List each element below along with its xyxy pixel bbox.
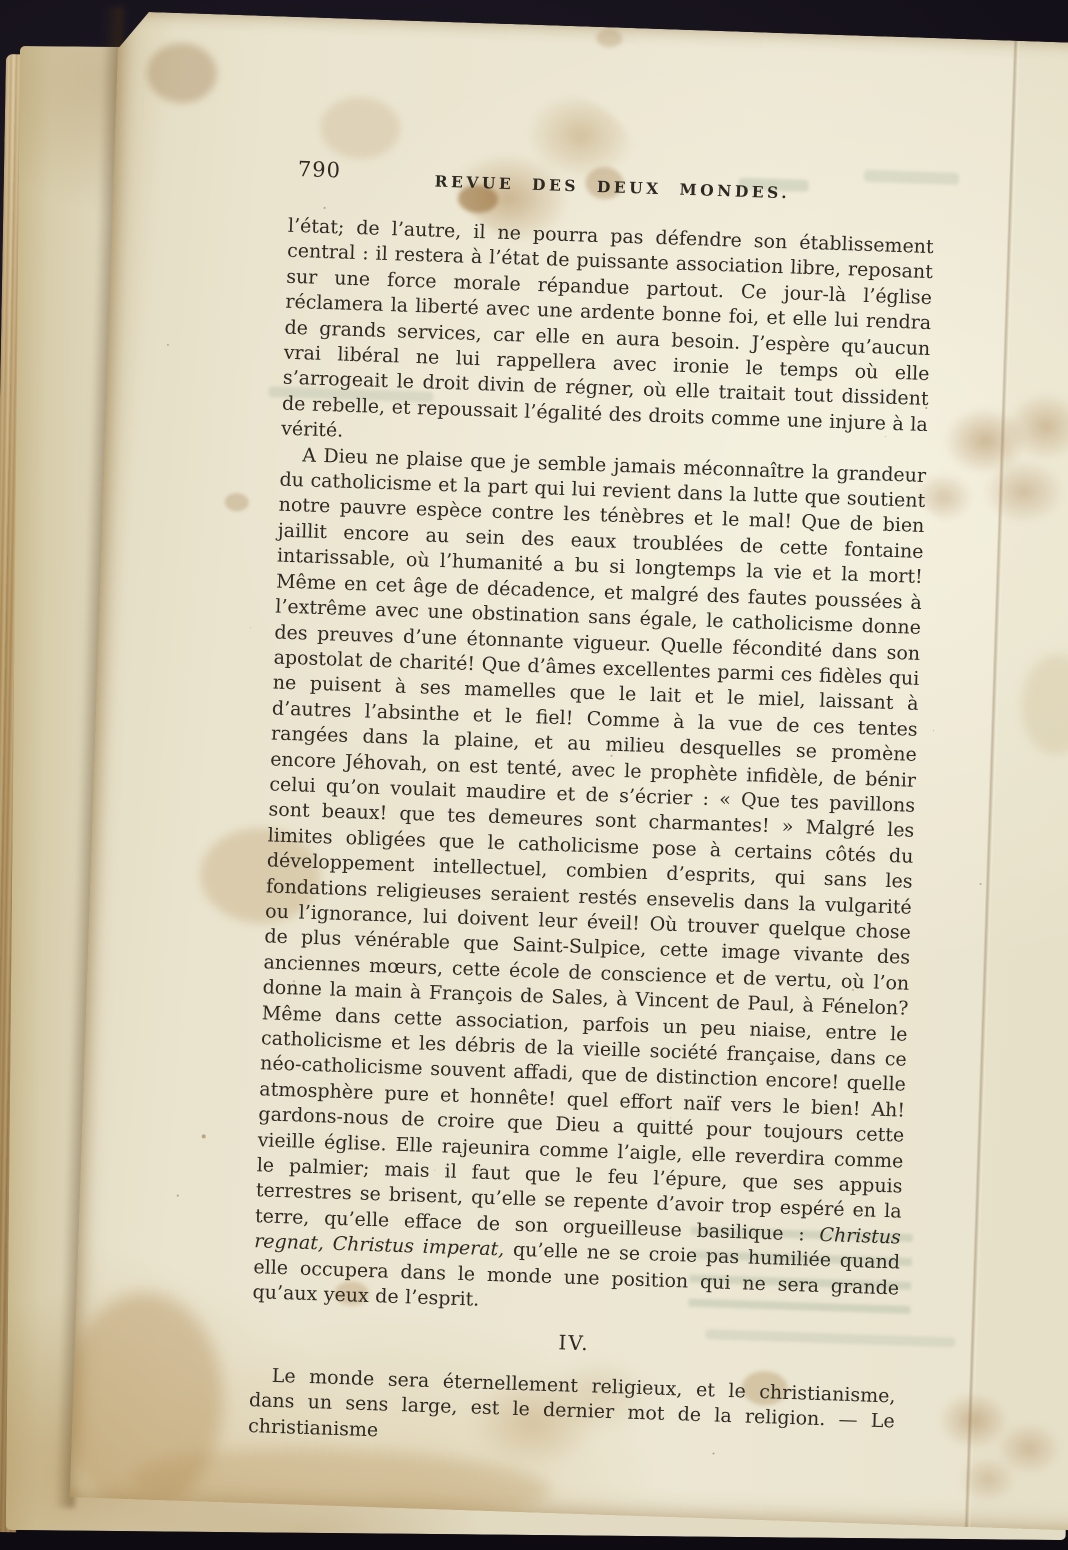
foxing-stain <box>224 493 249 512</box>
page-header: 790 REVUE DES DEUX MONDES. <box>289 157 936 208</box>
foxing-stain <box>319 96 401 161</box>
running-header: REVUE DES DEUX MONDES. <box>434 169 790 206</box>
page-fold-panel <box>967 41 1068 1534</box>
book-page: 790 REVUE DES DEUX MONDES. l’état; de l’… <box>70 11 1068 1534</box>
paragraph-text: A Dieu ne plaise que je semble jamais mé… <box>255 444 927 1246</box>
paragraph-continuation: l’état; de l’autre, il ne pourra pas déf… <box>281 214 934 464</box>
paragraph: Le monde sera éternellement religieux, e… <box>248 1363 896 1461</box>
foxing-stain <box>596 29 623 48</box>
foxing-stain <box>59 1290 226 1515</box>
foxing-stain <box>146 42 218 104</box>
page-text: 790 REVUE DES DEUX MONDES. l’état; de l’… <box>248 157 936 1461</box>
scanned-book-photo: 790 REVUE DES DEUX MONDES. l’état; de l’… <box>0 0 1068 1550</box>
page-number: 790 <box>297 157 341 184</box>
paragraph: A Dieu ne plaise que je semble jamais mé… <box>252 442 926 1327</box>
section-heading: IV. <box>251 1321 897 1368</box>
